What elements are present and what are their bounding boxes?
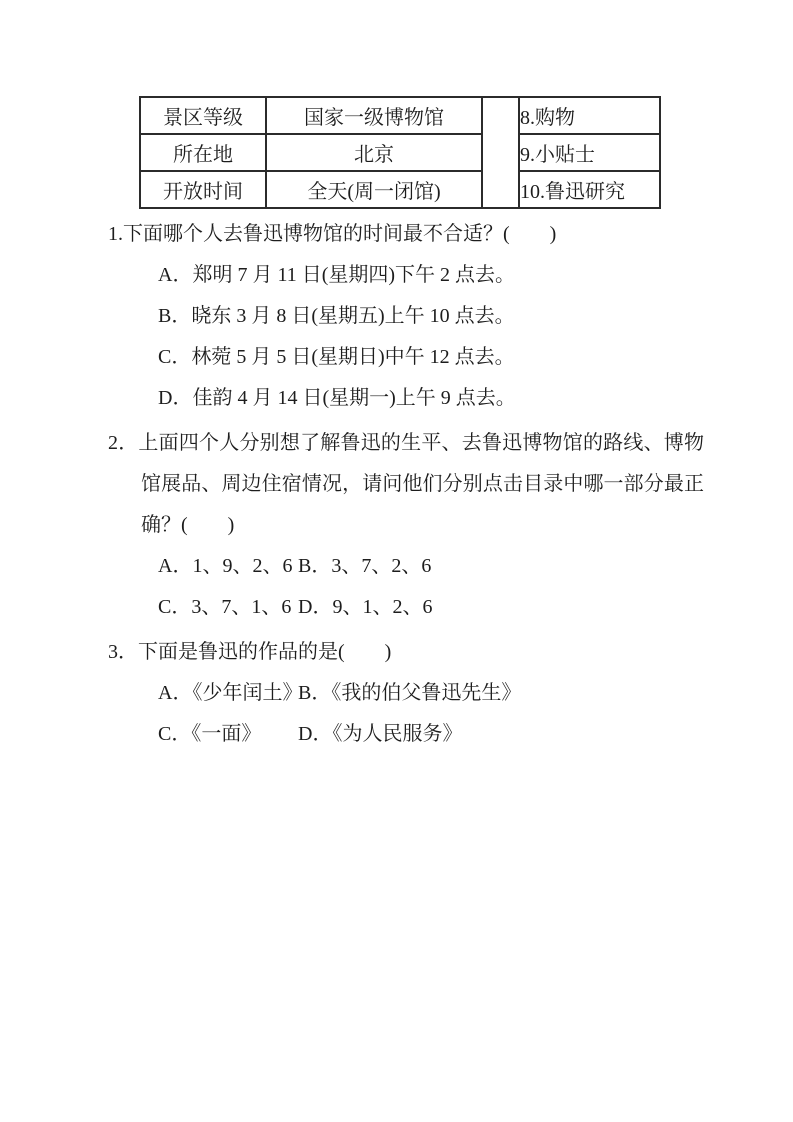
question-number: 3．: [108, 641, 138, 663]
option-b: B．3、7、2、6: [298, 555, 431, 577]
question-options: A．《少年闰土》B．《我的伯父鲁迅先生》 C．《一面》D．《为人民服务》: [158, 673, 704, 755]
catalogue-item: 10.鲁迅研究: [519, 171, 660, 208]
scenic-info-table: 景区等级 国家一级博物馆 8.购物 所在地 北京 9.小贴士 开放时间 全天(周…: [139, 96, 661, 209]
question-number: 2．: [108, 432, 138, 454]
question-body: 下面哪个人去鲁迅博物馆的时间最不合适？( ): [123, 223, 556, 245]
table-row: 所在地 北京 9.小贴士: [140, 134, 660, 171]
option-d: D．《为人民服务》: [298, 723, 462, 745]
question-number: 1.: [108, 223, 123, 245]
option-row: A．1、9、2、6B．3、7、2、6: [158, 546, 704, 587]
info-row-value: 全天(周一闭馆): [266, 171, 482, 208]
question-text: 1.下面哪个人去鲁迅博物馆的时间最不合适？( ): [108, 214, 704, 255]
option-row: C．3、7、1、6D．9、1、2、6: [158, 587, 704, 628]
question-options: A．郑明 7 月 11 日(星期四)下午 2 点去。 B．晓东 3 月 8 日(…: [158, 255, 704, 419]
question-1: 1.下面哪个人去鲁迅博物馆的时间最不合适？( ) A．郑明 7 月 11 日(星…: [108, 214, 704, 419]
question-options: A．1、9、2、6B．3、7、2、6 C．3、7、1、6D．9、1、2、6: [158, 546, 704, 628]
option-c: C．《一面》: [158, 714, 298, 755]
info-row-label: 开放时间: [140, 171, 266, 208]
info-row-value: 国家一级博物馆: [266, 97, 482, 134]
option-b: B．《我的伯父鲁迅先生》: [298, 682, 521, 704]
question-text: 3．下面是鲁迅的作品的是( ): [108, 632, 704, 673]
option-c: C．3、7、1、6: [158, 587, 298, 628]
option-a: A．郑明 7 月 11 日(星期四)下午 2 点去。: [158, 255, 704, 296]
catalogue-item: 8.购物: [519, 97, 660, 134]
option-d: D．9、1、2、6: [298, 596, 432, 618]
table-row: 景区等级 国家一级博物馆 8.购物: [140, 97, 660, 134]
questions-section: 1.下面哪个人去鲁迅博物馆的时间最不合适？( ) A．郑明 7 月 11 日(星…: [108, 214, 704, 755]
question-body: 上面四个人分别想了解鲁迅的生平、去鲁迅博物馆的路线、博物馆展品、周边住宿情况，请…: [138, 432, 704, 536]
catalogue-item: 9.小贴士: [519, 134, 660, 171]
worksheet-page: 景区等级 国家一级博物馆 8.购物 所在地 北京 9.小贴士 开放时间 全天(周…: [0, 0, 793, 1122]
option-row: A．《少年闰土》B．《我的伯父鲁迅先生》: [158, 673, 704, 714]
question-text: 2．上面四个人分别想了解鲁迅的生平、去鲁迅博物馆的路线、博物馆展品、周边住宿情况…: [108, 423, 704, 546]
option-d: D．佳韵 4 月 14 日(星期一)上午 9 点去。: [158, 378, 704, 419]
question-body: 下面是鲁迅的作品的是( ): [138, 641, 391, 663]
info-row-label: 景区等级: [140, 97, 266, 134]
spacer-cell: [482, 97, 519, 208]
option-a: A．1、9、2、6: [158, 546, 298, 587]
question-2: 2．上面四个人分别想了解鲁迅的生平、去鲁迅博物馆的路线、博物馆展品、周边住宿情况…: [108, 423, 704, 628]
info-row-value: 北京: [266, 134, 482, 171]
info-row-label: 所在地: [140, 134, 266, 171]
option-c: C．林菀 5 月 5 日(星期日)中午 12 点去。: [158, 337, 704, 378]
option-b: B．晓东 3 月 8 日(星期五)上午 10 点去。: [158, 296, 704, 337]
option-a: A．《少年闰土》: [158, 673, 298, 714]
question-3: 3．下面是鲁迅的作品的是( ) A．《少年闰土》B．《我的伯父鲁迅先生》 C．《…: [108, 632, 704, 755]
table-row: 开放时间 全天(周一闭馆) 10.鲁迅研究: [140, 171, 660, 208]
option-row: C．《一面》D．《为人民服务》: [158, 714, 704, 755]
